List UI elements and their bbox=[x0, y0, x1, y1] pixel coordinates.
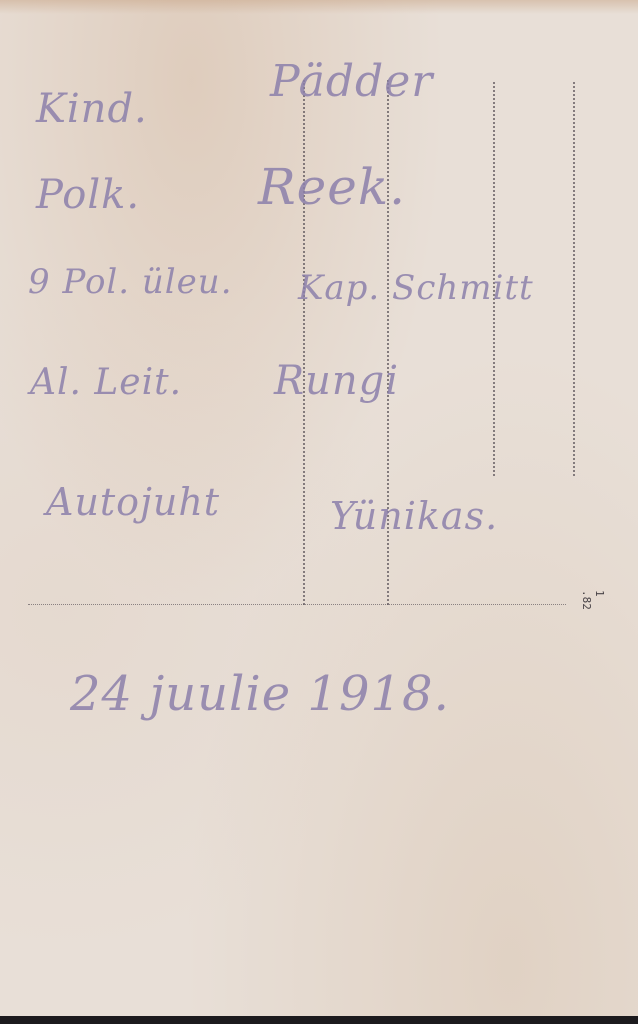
row-1-label: Kind. bbox=[36, 86, 148, 132]
row-2-value: Reek. bbox=[258, 158, 406, 216]
row-4-value: Rungi bbox=[274, 358, 399, 404]
horizontal-divider bbox=[28, 604, 566, 605]
row-1-value: Pädder bbox=[270, 56, 433, 107]
row-3-value: Kap. Schmitt bbox=[298, 268, 534, 308]
row-5-value: Yünikas. bbox=[330, 494, 498, 538]
date-line: 24 juulie 1918. bbox=[70, 666, 450, 722]
printed-mark: 1 .82 bbox=[580, 590, 606, 622]
postcard-back: Kind. Pädder Polk. Reek. 9 Pol. üleu. Ka… bbox=[0, 0, 638, 1016]
row-2-label: Polk. bbox=[36, 172, 140, 218]
row-4-label: Al. Leit. bbox=[30, 362, 182, 403]
row-5-label: Autojuht bbox=[46, 480, 220, 524]
row-3-label: 9 Pol. üleu. bbox=[28, 262, 233, 302]
address-line-4 bbox=[573, 82, 575, 476]
paper-stain bbox=[0, 0, 638, 14]
